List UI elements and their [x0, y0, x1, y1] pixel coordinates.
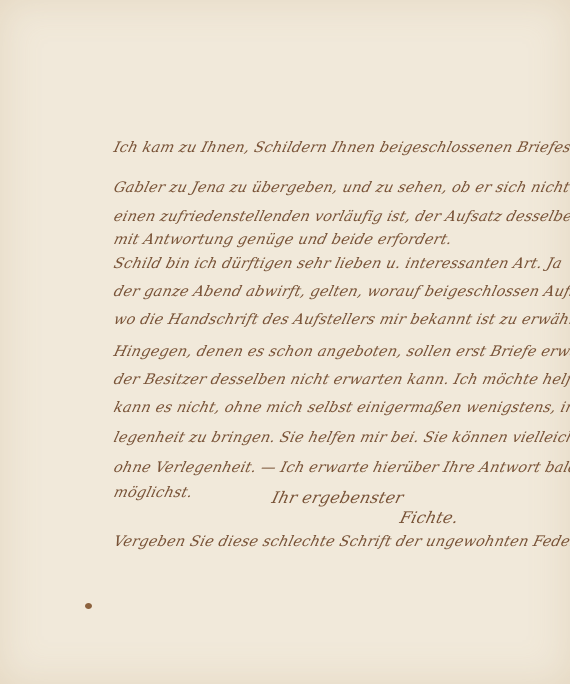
- letter-line-5: Schild bin ich dürftigen sehr lieben u. …: [112, 256, 564, 272]
- signature-text: Fichte.: [398, 508, 461, 527]
- line-text: mit Antwortung genüge und beide erforder…: [112, 232, 454, 248]
- letter-line-6: der ganze Abend abwirft, gelten, worauf …: [112, 284, 570, 300]
- letter-page: Ich kam zu Ihnen, Schildern Ihnen beiges…: [0, 0, 570, 684]
- letter-line-13: möglichst.: [112, 485, 194, 501]
- line-text: einen zufriedenstellenden vorläufig ist,…: [112, 209, 570, 225]
- line-text: der Besitzer desselben nicht erwarten ka…: [112, 372, 570, 388]
- letter-line-10: kann es nicht, ohne mich selbst einigerm…: [112, 400, 570, 416]
- letter-body: Ich kam zu Ihnen, Schildern Ihnen beiges…: [0, 0, 570, 684]
- closing-salutation: Ihr ergebenster: [270, 488, 406, 507]
- line-text: ohne Verlegenheit. — Ich erwarte hierübe…: [112, 460, 570, 476]
- letter-line-11: legenheit zu bringen. Sie helfen mir bei…: [112, 430, 570, 446]
- letter-line-2: Gabler zu Jena zu übergeben, und zu sehe…: [112, 180, 570, 196]
- letter-line-3: einen zufriedenstellenden vorläufig ist,…: [112, 209, 570, 225]
- ink-stain: [85, 603, 92, 609]
- letter-line-7: wo die Handschrift des Aufstellers mir b…: [112, 312, 570, 328]
- letter-line-12: ohne Verlegenheit. — Ich erwarte hierübe…: [112, 460, 570, 476]
- postscript: Vergeben Sie diese schlechte Schrift der…: [112, 534, 570, 550]
- line-text: Gabler zu Jena zu übergeben, und zu sehe…: [112, 180, 570, 196]
- line-text: Schild bin ich dürftigen sehr lieben u. …: [112, 256, 564, 272]
- line-text: legenheit zu bringen. Sie helfen mir bei…: [112, 430, 570, 446]
- line-text: wo die Handschrift des Aufstellers mir b…: [112, 312, 570, 328]
- line-text: Ich kam zu Ihnen, Schildern Ihnen beiges…: [112, 140, 570, 156]
- letter-line-4: mit Antwortung genüge und beide erforder…: [112, 232, 454, 248]
- salutation-text: Ihr ergebenster: [270, 488, 406, 507]
- postscript-text: Vergeben Sie diese schlechte Schrift der…: [112, 534, 570, 550]
- line-text: möglichst.: [112, 485, 194, 501]
- line-text: Hingegen, denen es schon angeboten, soll…: [112, 344, 570, 360]
- line-text: der ganze Abend abwirft, gelten, worauf …: [112, 284, 570, 300]
- letter-line-8: Hingegen, denen es schon angeboten, soll…: [112, 344, 570, 360]
- line-text: kann es nicht, ohne mich selbst einigerm…: [112, 400, 570, 416]
- signature: Fichte.: [398, 508, 461, 527]
- letter-line-1: Ich kam zu Ihnen, Schildern Ihnen beiges…: [112, 140, 570, 156]
- letter-line-9: der Besitzer desselben nicht erwarten ka…: [112, 372, 570, 388]
